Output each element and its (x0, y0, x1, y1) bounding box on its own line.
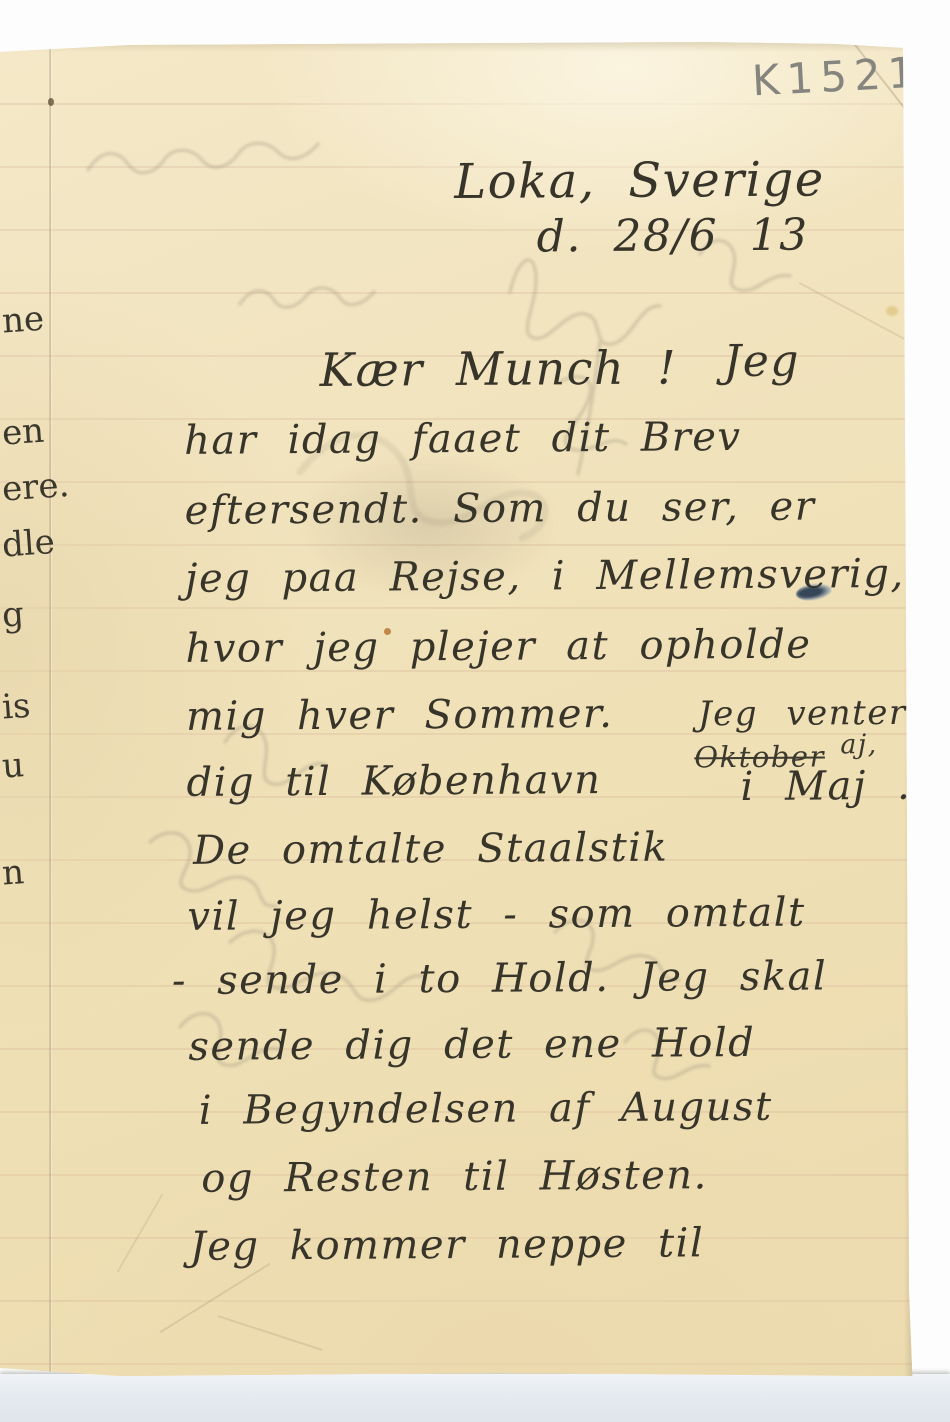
salutation: Kær Munch ! (319, 340, 677, 396)
letter-paper-sheet: K1521 ne en ere. dle g is u n Loka, Sver… (0, 42, 916, 1376)
handwriting-layer: Loka, Sverige d. 28/6 13 Kær Munch ! Jeg… (0, 39, 921, 1379)
letter-line: - sende i to Hold. Jeg skal (172, 953, 828, 1004)
letter-line: De omtalte Staalstik (193, 825, 669, 874)
letter-line: jeg paa Rejse, i Mellemsverig, (185, 551, 905, 602)
inserted-correction: i Maj . (740, 763, 911, 810)
letter-line: mig hver Sommer. (186, 691, 614, 740)
letter-line: dig til København (186, 757, 601, 806)
letter-line: og Resten til Høsten. (201, 1152, 708, 1202)
letter-line: vil jeg helst - som omtalt (187, 890, 805, 940)
place-line: Loka, Sverige (454, 151, 825, 210)
letter-line: i Begyndelsen af August (199, 1084, 773, 1134)
opening-word: Jeg (723, 336, 800, 388)
superscript-correction: aj, (840, 729, 878, 760)
letter-line: sende dig det ene Hold (188, 1020, 755, 1070)
letter-line: har idag faaet dit Brev (184, 414, 742, 464)
letter-line: eftersendt. Som du ser, er (184, 484, 815, 534)
letter-line: Jeg kommer neppe til (190, 1220, 705, 1270)
date-line: d. 28/6 13 (537, 210, 809, 263)
letter-line: hvor jeg plejer at opholde (185, 622, 811, 672)
scanner-bed-strip (0, 1374, 950, 1422)
scanned-letter-page: K1521 ne en ere. dle g is u n Loka, Sver… (0, 0, 950, 1422)
